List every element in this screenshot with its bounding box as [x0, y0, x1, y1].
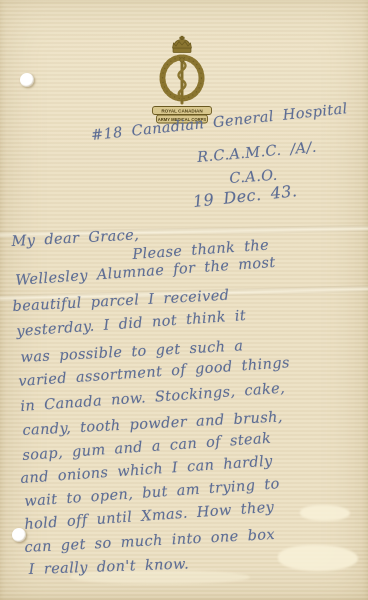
- letter-paper: ROYAL CANADIAN ARMY MEDICAL CORPS #18 Ca…: [0, 0, 368, 600]
- body-line: can get so much into one box: [24, 527, 275, 556]
- crest-banner-line1: ROYAL CANADIAN: [161, 109, 203, 114]
- paper-blotch: [278, 545, 358, 571]
- salutation: My dear Grace,: [11, 227, 139, 250]
- header-line-unit: R.C.A.M.C. /A/.: [197, 140, 318, 166]
- header-line-date: 19 Dec. 43.: [192, 181, 298, 211]
- header-line-hospital: #18 Canadian General Hospital: [90, 101, 348, 144]
- paper-blotch: [300, 505, 350, 521]
- rcamc-badge-icon: ROYAL CANADIAN ARMY MEDICAL CORPS: [146, 34, 218, 126]
- body-line: I really don't know.: [28, 556, 189, 578]
- punch-hole-top: [20, 73, 34, 87]
